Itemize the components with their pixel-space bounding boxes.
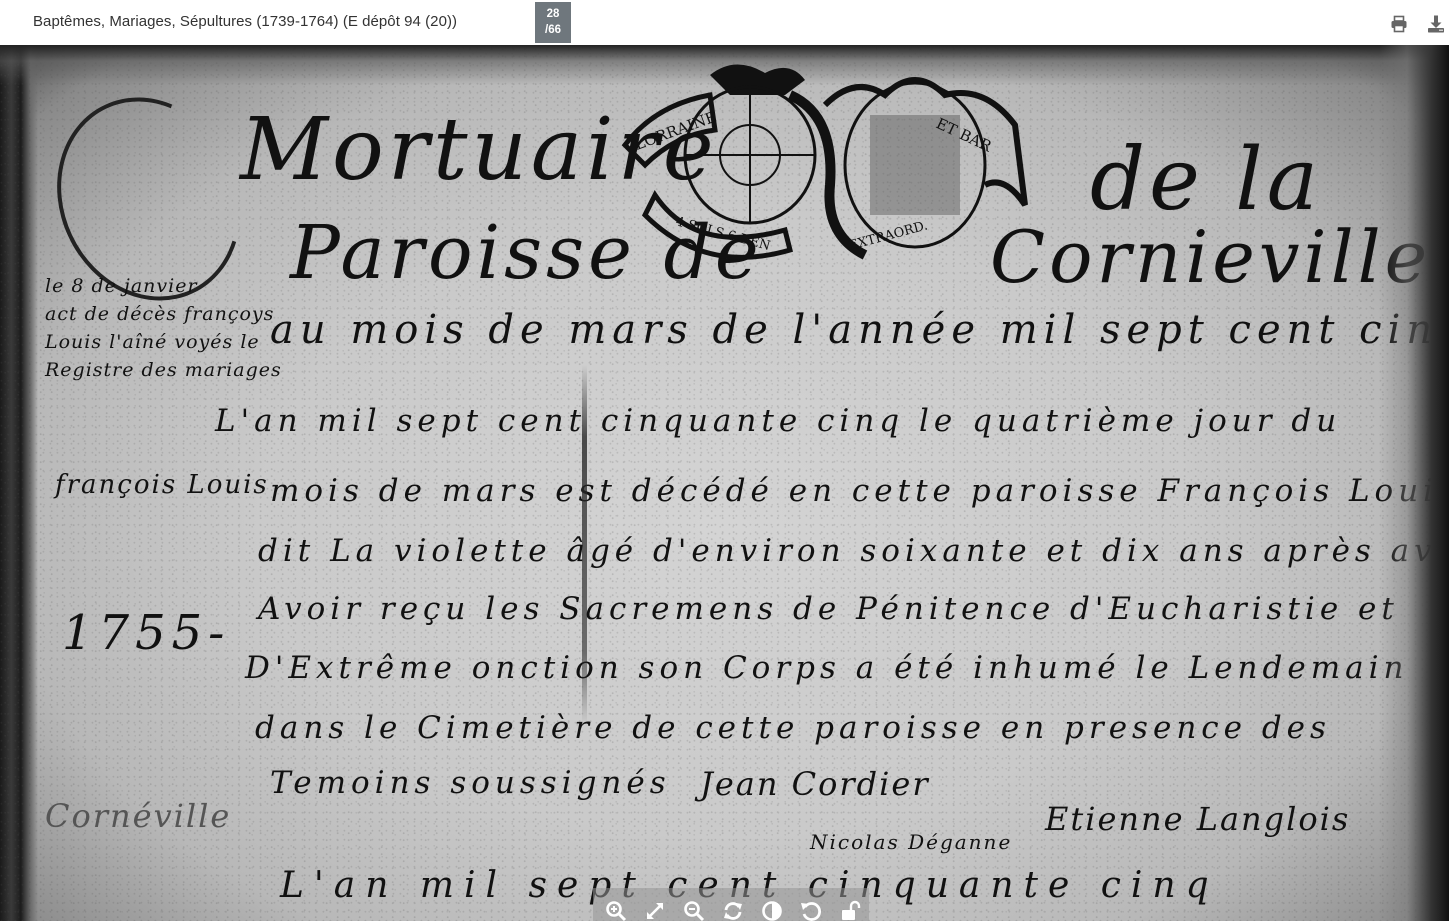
fullscreen-button[interactable] <box>636 894 675 921</box>
download-button[interactable] <box>1427 15 1445 33</box>
page-current: 28 <box>535 6 571 22</box>
body-line: dans le Cimetière de cette paroisse en p… <box>255 710 1331 746</box>
margin-place: Cornéville <box>45 797 231 835</box>
svg-text:EXTRAORD.: EXTRAORD. <box>847 218 929 253</box>
viewer-header: Baptêmes, Mariages, Sépultures (1739-176… <box>0 0 1449 45</box>
signature: Jean Cordier <box>700 765 930 803</box>
body-line: L'an mil sept cent cinquante cinq le qua… <box>215 403 1341 439</box>
margin-note-line: Registre des mariages <box>45 359 282 381</box>
page-counter[interactable]: 28 /66 <box>535 2 571 43</box>
lock-button[interactable] <box>830 894 869 921</box>
contrast-button[interactable] <box>752 894 791 921</box>
reset-button[interactable] <box>714 894 753 921</box>
zoom-out-button[interactable] <box>675 894 714 921</box>
expand-icon <box>644 900 666 921</box>
document-viewer[interactable]: Mortuaire de la Paroisse de Cornieville … <box>0 45 1449 921</box>
signature: Nicolas Déganne <box>810 830 1012 854</box>
document-title: Baptêmes, Mariages, Sépultures (1739-176… <box>33 13 457 30</box>
margin-name: françois Louis <box>55 470 269 500</box>
print-icon <box>1390 15 1408 33</box>
margin-year: 1755- <box>62 605 230 661</box>
page-stain <box>582 365 587 725</box>
print-button[interactable] <box>1390 15 1408 33</box>
contrast-icon <box>761 900 783 921</box>
zoom-in-icon <box>605 900 627 921</box>
body-line: mois de mars est décédé en cette paroiss… <box>270 473 1449 509</box>
zoom-in-button[interactable] <box>597 894 636 921</box>
body-line: Avoir reçu les Sacremens de Pénitence d'… <box>258 591 1399 627</box>
body-line: dit La violette âgé d'environ soixante e… <box>258 533 1449 569</box>
margin-note-line: act de décès françoys <box>45 303 274 325</box>
entry-subheading: au mois de mars de l'année mil sept cent… <box>270 307 1449 353</box>
body-line: Temoins soussignés <box>270 765 671 801</box>
rotate-button[interactable] <box>791 894 830 921</box>
heading-cornieville: Cornieville <box>990 215 1431 299</box>
download-icon <box>1427 15 1445 33</box>
unlock-icon <box>839 900 861 921</box>
body-line: D'Extrême onction son Corps a été inhumé… <box>245 650 1408 686</box>
stamp-crest-icon: LORRAINE ET BAR EXTRAORD. 4 SOLS 6 DEN <box>615 55 1040 270</box>
page-total: /66 <box>535 22 571 38</box>
zoom-out-icon <box>683 900 705 921</box>
margin-note-line: le 8 de janvier <box>45 275 198 297</box>
refresh-icon <box>722 900 744 921</box>
rotate-left-icon <box>800 900 822 921</box>
viewer-toolbar <box>593 888 869 921</box>
margin-note-line: Louis l'aîné voyés le <box>45 331 260 353</box>
signature: Etienne Langlois <box>1045 800 1350 838</box>
